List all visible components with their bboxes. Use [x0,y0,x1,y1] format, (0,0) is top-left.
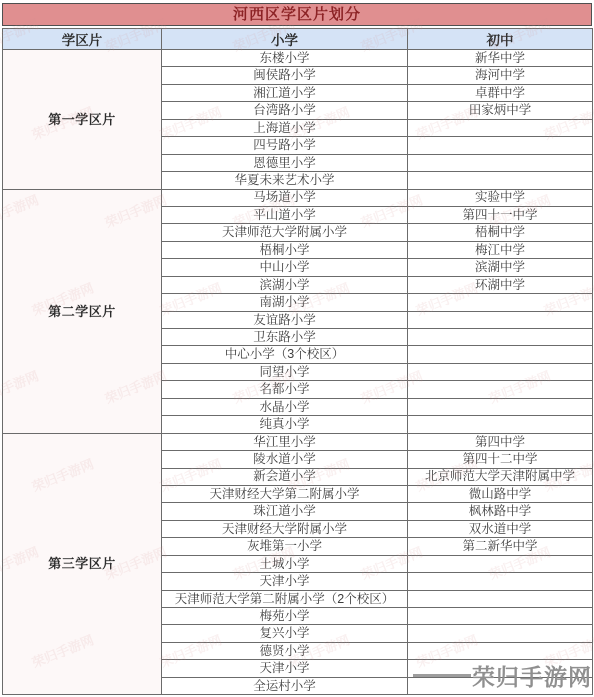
middle-school-cell [408,381,593,398]
middle-school-cell [408,608,593,625]
primary-school-cell: 名都小学 [162,381,408,398]
primary-school-cell: 中心小学（3个校区） [162,346,408,363]
middle-school-cell [408,642,593,659]
middle-school-cell: 滨湖中学 [408,259,593,276]
col-header-middle-school: 初中 [408,29,593,50]
middle-school-cell [408,329,593,346]
district-label-cell: 第三学区片 [3,433,162,695]
table-row: 第一学区片东楼小学新华中学 [3,50,593,67]
primary-school-cell: 纯真小学 [162,416,408,433]
middle-school-cell: 北京师范大学天津附属中学 [408,468,593,485]
primary-school-cell: 滨湖小学 [162,276,408,293]
primary-school-cell: 珠江道小学 [162,503,408,520]
primary-school-cell: 南湖小学 [162,294,408,311]
primary-school-cell: 天津小学 [162,573,408,590]
primary-school-cell: 湘江道小学 [162,84,408,101]
primary-school-cell: 卫东路小学 [162,329,408,346]
primary-school-cell: 土城小学 [162,555,408,572]
primary-school-cell: 梅苑小学 [162,608,408,625]
middle-school-cell [408,119,593,136]
middle-school-cell: 双水道中学 [408,520,593,537]
middle-school-cell: 梅江中学 [408,241,593,258]
middle-school-cell: 环湖中学 [408,276,593,293]
primary-school-cell: 水晶小学 [162,398,408,415]
primary-school-cell: 天津师范大学第二附属小学（2个校区） [162,590,408,607]
primary-school-cell: 恩德里小学 [162,154,408,171]
middle-school-cell [408,311,593,328]
table-row: 第二学区片马场道小学实验中学 [3,189,593,206]
school-district-table: 学区片 小学 初中 第一学区片东楼小学新华中学闽侯路小学海河中学湘江道小学卓群中… [2,28,593,695]
primary-school-cell: 闽侯路小学 [162,67,408,84]
middle-school-cell: 第四十二中学 [408,451,593,468]
district-label-cell: 第一学区片 [3,50,162,190]
middle-school-cell [408,172,593,189]
middle-school-cell: 海河中学 [408,67,593,84]
middle-school-cell [408,154,593,171]
middle-school-cell: 卓群中学 [408,84,593,101]
table-title: 河西区学区片划分 [2,3,592,26]
middle-school-cell [408,573,593,590]
primary-school-cell: 复兴小学 [162,625,408,642]
middle-school-cell: 新华中学 [408,50,593,67]
middle-school-cell [408,398,593,415]
primary-school-cell: 上海道小学 [162,119,408,136]
primary-school-cell: 天津财经大学第二附属小学 [162,485,408,502]
primary-school-cell: 马场道小学 [162,189,408,206]
col-header-district-zone: 学区片 [3,29,162,50]
header-row: 学区片 小学 初中 [3,29,593,50]
table-body: 第一学区片东楼小学新华中学闽侯路小学海河中学湘江道小学卓群中学台湾路小学田家炳中… [3,50,593,695]
primary-school-cell: 德贤小学 [162,642,408,659]
middle-school-cell [408,590,593,607]
primary-school-cell: 陵水道小学 [162,451,408,468]
primary-school-cell: 新会道小学 [162,468,408,485]
middle-school-cell: 微山路中学 [408,485,593,502]
middle-school-cell [408,363,593,380]
table-header: 学区片 小学 初中 [3,29,593,50]
middle-school-cell: 第四中学 [408,433,593,450]
middle-school-cell [408,625,593,642]
middle-school-cell: 实验中学 [408,189,593,206]
middle-school-cell [408,555,593,572]
middle-school-cell: 梧桐中学 [408,224,593,241]
primary-school-cell: 梧桐小学 [162,241,408,258]
district-label-cell: 第二学区片 [3,189,162,433]
primary-school-cell: 天津小学 [162,660,408,677]
middle-school-cell: 枫林路中学 [408,503,593,520]
middle-school-cell: 田家炳中学 [408,102,593,119]
primary-school-cell: 天津师范大学附属小学 [162,224,408,241]
primary-school-cell: 东楼小学 [162,50,408,67]
primary-school-cell: 华夏未来艺术小学 [162,172,408,189]
district-table-sheet: 河西区学区片划分 学区片 小学 初中 第一学区片东楼小学新华中学闽侯路小学海河中… [2,3,592,695]
middle-school-cell [408,660,593,677]
middle-school-cell: 第二新华中学 [408,538,593,555]
primary-school-cell: 天津财经大学附属小学 [162,520,408,537]
middle-school-cell [408,677,593,694]
primary-school-cell: 台湾路小学 [162,102,408,119]
primary-school-cell: 全运村小学 [162,677,408,694]
middle-school-cell: 第四十一中学 [408,206,593,223]
middle-school-cell [408,137,593,154]
middle-school-cell [408,416,593,433]
primary-school-cell: 友谊路小学 [162,311,408,328]
primary-school-cell: 平山道小学 [162,206,408,223]
col-header-primary-school: 小学 [162,29,408,50]
primary-school-cell: 四号路小学 [162,137,408,154]
primary-school-cell: 同望小学 [162,363,408,380]
primary-school-cell: 华江里小学 [162,433,408,450]
primary-school-cell: 灰堆第一小学 [162,538,408,555]
middle-school-cell [408,294,593,311]
middle-school-cell [408,346,593,363]
table-row: 第三学区片华江里小学第四中学 [3,433,593,450]
primary-school-cell: 中山小学 [162,259,408,276]
